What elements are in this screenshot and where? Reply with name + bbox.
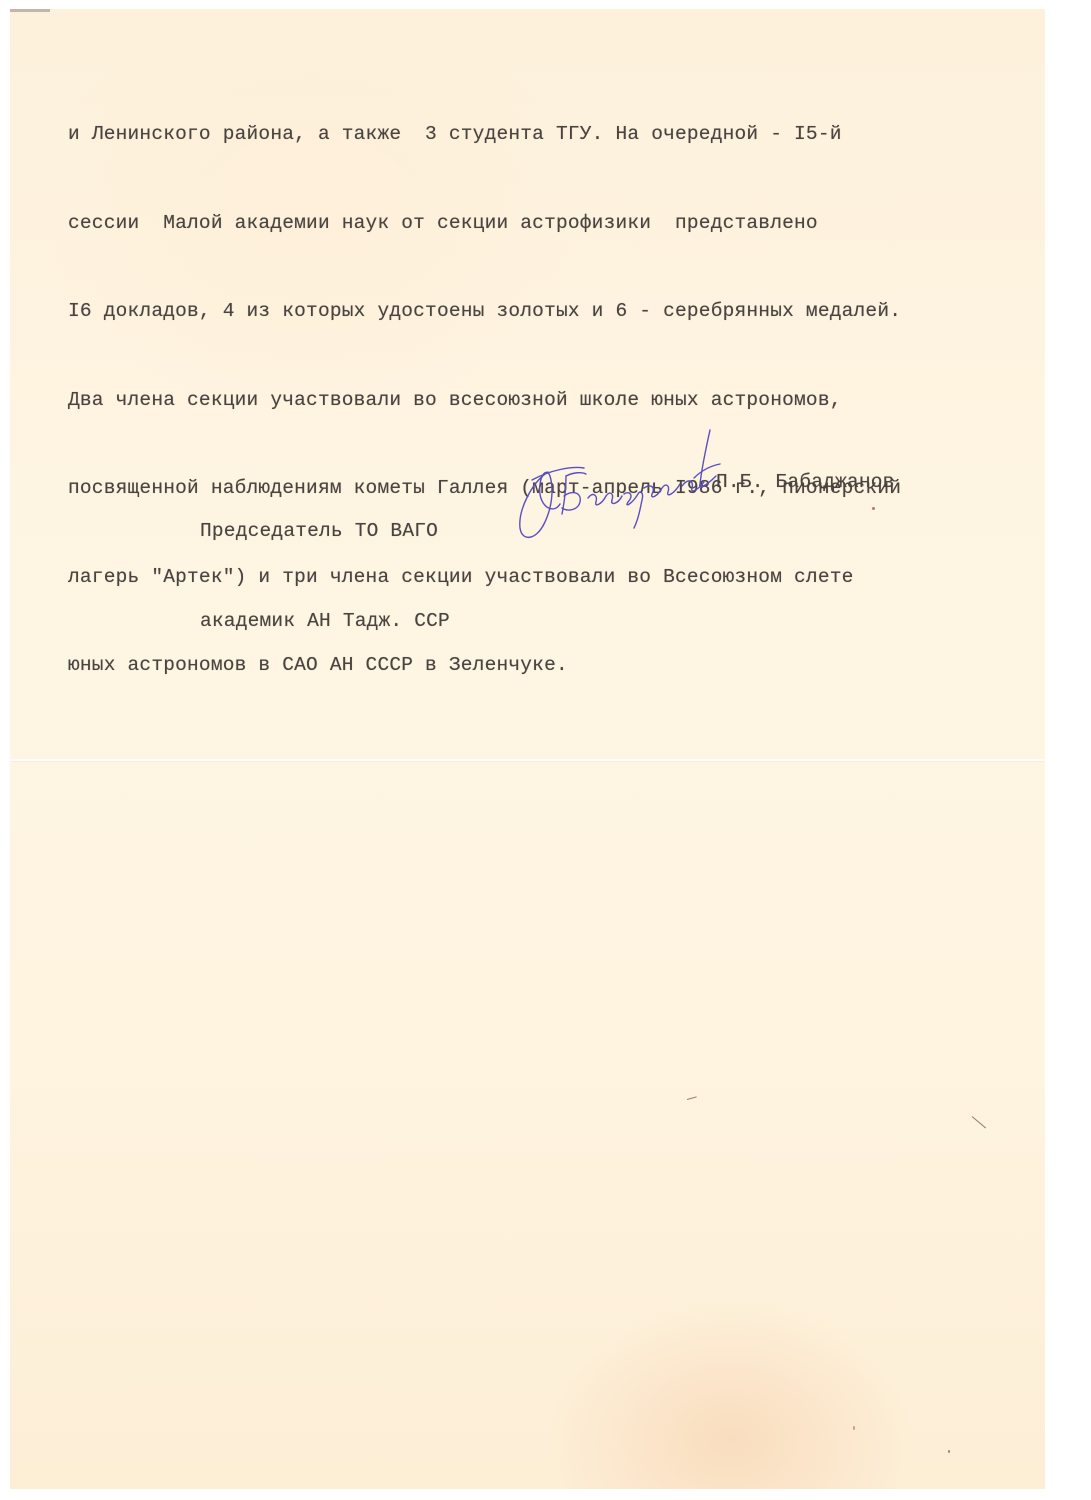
paper-speck	[853, 1426, 855, 1430]
signatory-title: Председатель ТО ВАГО академик АН Тадж. С…	[200, 456, 450, 666]
body-line: Два члена секции участвовали во всесоюзн…	[68, 386, 901, 416]
body-line: и Ленинского района, а также 3 студента …	[68, 120, 901, 150]
handwritten-signature-icon	[510, 420, 740, 550]
signer-name: П.Б. Бабаджанов	[716, 471, 895, 493]
paper-scratch	[972, 1116, 986, 1128]
body-line: юных астрономов в САО АН СССР в Зеленчук…	[68, 651, 901, 681]
fold-crease	[10, 759, 1045, 762]
paper-scratch	[687, 1096, 697, 1100]
body-line: лагерь "Артек") и три члена секции участ…	[68, 563, 901, 593]
title-line-2: академик АН Тадж. ССР	[200, 606, 450, 636]
paper-speck	[948, 1450, 950, 1453]
title-line-1: Председатель ТО ВАГО	[200, 516, 450, 546]
body-line: I6 докладов, 4 из которых удостоены золо…	[68, 297, 901, 327]
corner-mark	[10, 9, 50, 12]
body-line: сессии Малой академии наук от секции аст…	[68, 209, 901, 239]
letter-body: и Ленинского района, а также 3 студента …	[68, 61, 901, 710]
